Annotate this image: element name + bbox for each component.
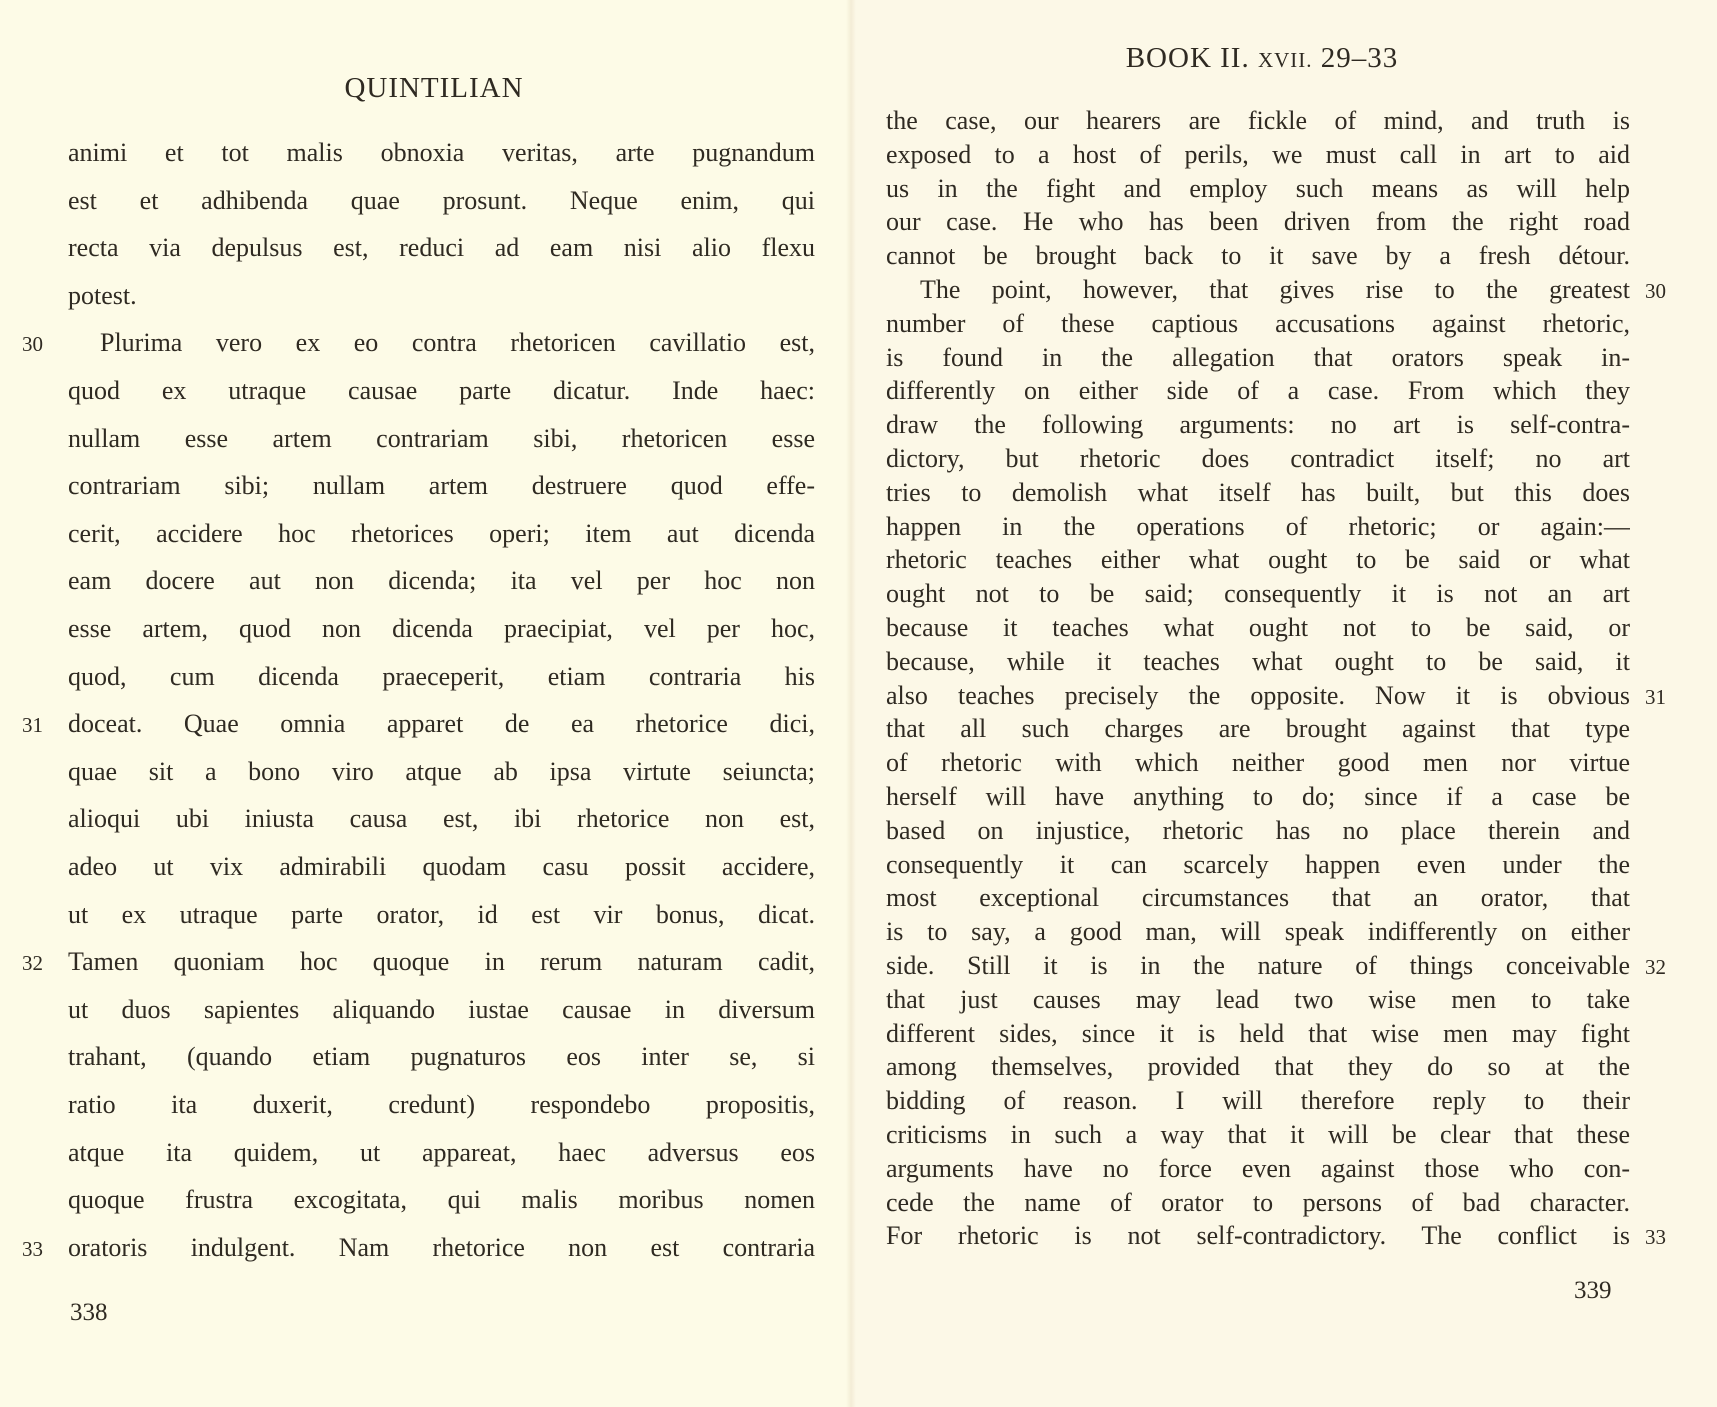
left-text-line: quod ex utraque causae parte dicatur. In… — [68, 378, 815, 410]
left-text-line: cerit, accidere hoc rhetorices operi; it… — [68, 521, 815, 553]
left-text-line: ratio ita duxerit, credunt) respondebo p… — [68, 1092, 815, 1124]
running-head-chapter: XVII. — [1258, 48, 1313, 72]
section-number: 33 — [1645, 1227, 1666, 1248]
right-text-line: also teaches precisely the opposite. Now… — [886, 683, 1630, 715]
right-text-line: most exceptional circumstances that an o… — [886, 885, 1630, 917]
right-text-line: different sides, since it is held that w… — [886, 1021, 1630, 1053]
left-text-line: quae sit a bono viro atque ab ipsa virtu… — [68, 759, 815, 791]
left-text-line: nullam esse artem contrariam sibi, rheto… — [68, 426, 815, 458]
right-text-line: tries to demolish what itself has built,… — [886, 480, 1630, 512]
left-text-line: trahant, (quando etiam pugnaturos eos in… — [68, 1044, 815, 1076]
left-text-line: atque ita quidem, ut appareat, haec adve… — [68, 1140, 815, 1172]
right-text-line: cannot be brought back to it save by a f… — [886, 243, 1630, 275]
left-text-line: doceat. Quae omnia apparet de ea rhetori… — [68, 711, 815, 743]
left-text-line: quod, cum dicenda praeceperit, etiam con… — [68, 664, 815, 696]
section-number: 31 — [1645, 687, 1666, 708]
section-number: 32 — [22, 953, 43, 974]
left-page-number: 338 — [70, 1300, 108, 1325]
right-text-line: based on injustice, rhetoric has no plac… — [886, 818, 1630, 850]
left-text-line: potest. — [68, 283, 815, 315]
right-text-line: exposed to a host of perils, we must cal… — [886, 142, 1630, 174]
right-text-line: The point, however, that gives rise to t… — [920, 277, 1630, 309]
right-text-line: dictory, but rhetoric does contradict it… — [886, 446, 1630, 478]
right-page-number: 339 — [1574, 1278, 1612, 1303]
section-number: 30 — [1645, 281, 1666, 302]
right-text-line: consequently it can scarcely happen even… — [886, 852, 1630, 884]
left-text-line: ut ex utraque parte orator, id est vir b… — [68, 902, 815, 934]
section-number: 33 — [22, 1239, 43, 1260]
section-number: 32 — [1645, 957, 1666, 978]
right-text-line: that just causes may lead two wise men t… — [886, 987, 1630, 1019]
running-head-sections: 29–33 — [1321, 42, 1399, 74]
left-text-line: Tamen quoniam hoc quoque in rerum natura… — [68, 949, 815, 981]
left-text-line: esse artem, quod non dicenda praecipiat,… — [68, 616, 815, 648]
right-text-line: ought not to be said; consequently it is… — [886, 581, 1630, 613]
right-text-line: that all such charges are brought agains… — [886, 716, 1630, 748]
right-text-line: because it teaches what ought not to be … — [886, 615, 1630, 647]
right-text-line: among themselves, provided that they do … — [886, 1054, 1630, 1086]
left-text-line: est et adhibenda quae prosunt. Neque eni… — [68, 188, 815, 220]
right-running-head: BOOK II. XVII. 29–33 — [1126, 42, 1399, 75]
left-text-line: quoque frustra excogitata, qui malis mor… — [68, 1187, 815, 1219]
left-text-line: Plurima vero ex eo contra rhetoricen cav… — [100, 330, 815, 362]
section-number: 30 — [22, 334, 43, 355]
right-text-line: us in the fight and employ such means as… — [886, 176, 1630, 208]
running-head-book: BOOK II. — [1126, 42, 1250, 74]
right-text-line: because, while it teaches what ought to … — [886, 649, 1630, 681]
right-text-line: bidding of reason. I will therefore repl… — [886, 1088, 1630, 1120]
section-number: 31 — [22, 715, 43, 736]
right-text-line: happen in the operations of rhetoric; or… — [886, 514, 1630, 546]
right-text-line: side. Still it is in the nature of thing… — [886, 953, 1630, 985]
book-gutter — [846, 0, 856, 1407]
left-text-line: ut duos sapientes aliquando iustae causa… — [68, 997, 815, 1029]
right-text-line: draw the following arguments: no art is … — [886, 412, 1630, 444]
right-text-line: arguments have no force even against tho… — [886, 1156, 1630, 1188]
left-text-line: alioqui ubi iniusta causa est, ibi rheto… — [68, 806, 815, 838]
left-text-line: adeo ut vix admirabili quodam casu possi… — [68, 854, 815, 886]
right-text-line: criticisms in such a way that it will be… — [886, 1122, 1630, 1154]
left-running-head-text: QUINTILIAN — [344, 72, 523, 104]
right-text-line: the case, our hearers are fickle of mind… — [886, 108, 1630, 140]
right-text-line: differently on either side of a case. Fr… — [886, 378, 1630, 410]
right-text-line: rhetoric teaches either what ought to be… — [886, 547, 1630, 579]
right-text-line: of rhetoric with which neither good men … — [886, 750, 1630, 782]
right-text-line: For rhetoric is not self-contradictory. … — [886, 1223, 1630, 1255]
right-text-line: our case. He who has been driven from th… — [886, 209, 1630, 241]
right-text-line: is found in the allegation that orators … — [886, 345, 1630, 377]
right-text-line: is to say, a good man, will speak indiff… — [886, 919, 1630, 951]
left-running-head: QUINTILIAN — [344, 72, 523, 105]
right-text-line: herself will have anything to do; since … — [886, 784, 1630, 816]
right-text-line: number of these captious accusations aga… — [886, 311, 1630, 343]
left-text-line: animi et tot malis obnoxia veritas, arte… — [68, 140, 815, 172]
left-text-line: oratoris indulgent. Nam rhetorice non es… — [68, 1235, 815, 1267]
left-text-line: contrariam sibi; nullam artem destruere … — [68, 473, 815, 505]
left-text-line: eam docere aut non dicenda; ita vel per … — [68, 568, 815, 600]
right-text-line: cede the name of orator to persons of ba… — [886, 1190, 1630, 1222]
left-text-line: recta via depulsus est, reduci ad eam ni… — [68, 235, 815, 267]
